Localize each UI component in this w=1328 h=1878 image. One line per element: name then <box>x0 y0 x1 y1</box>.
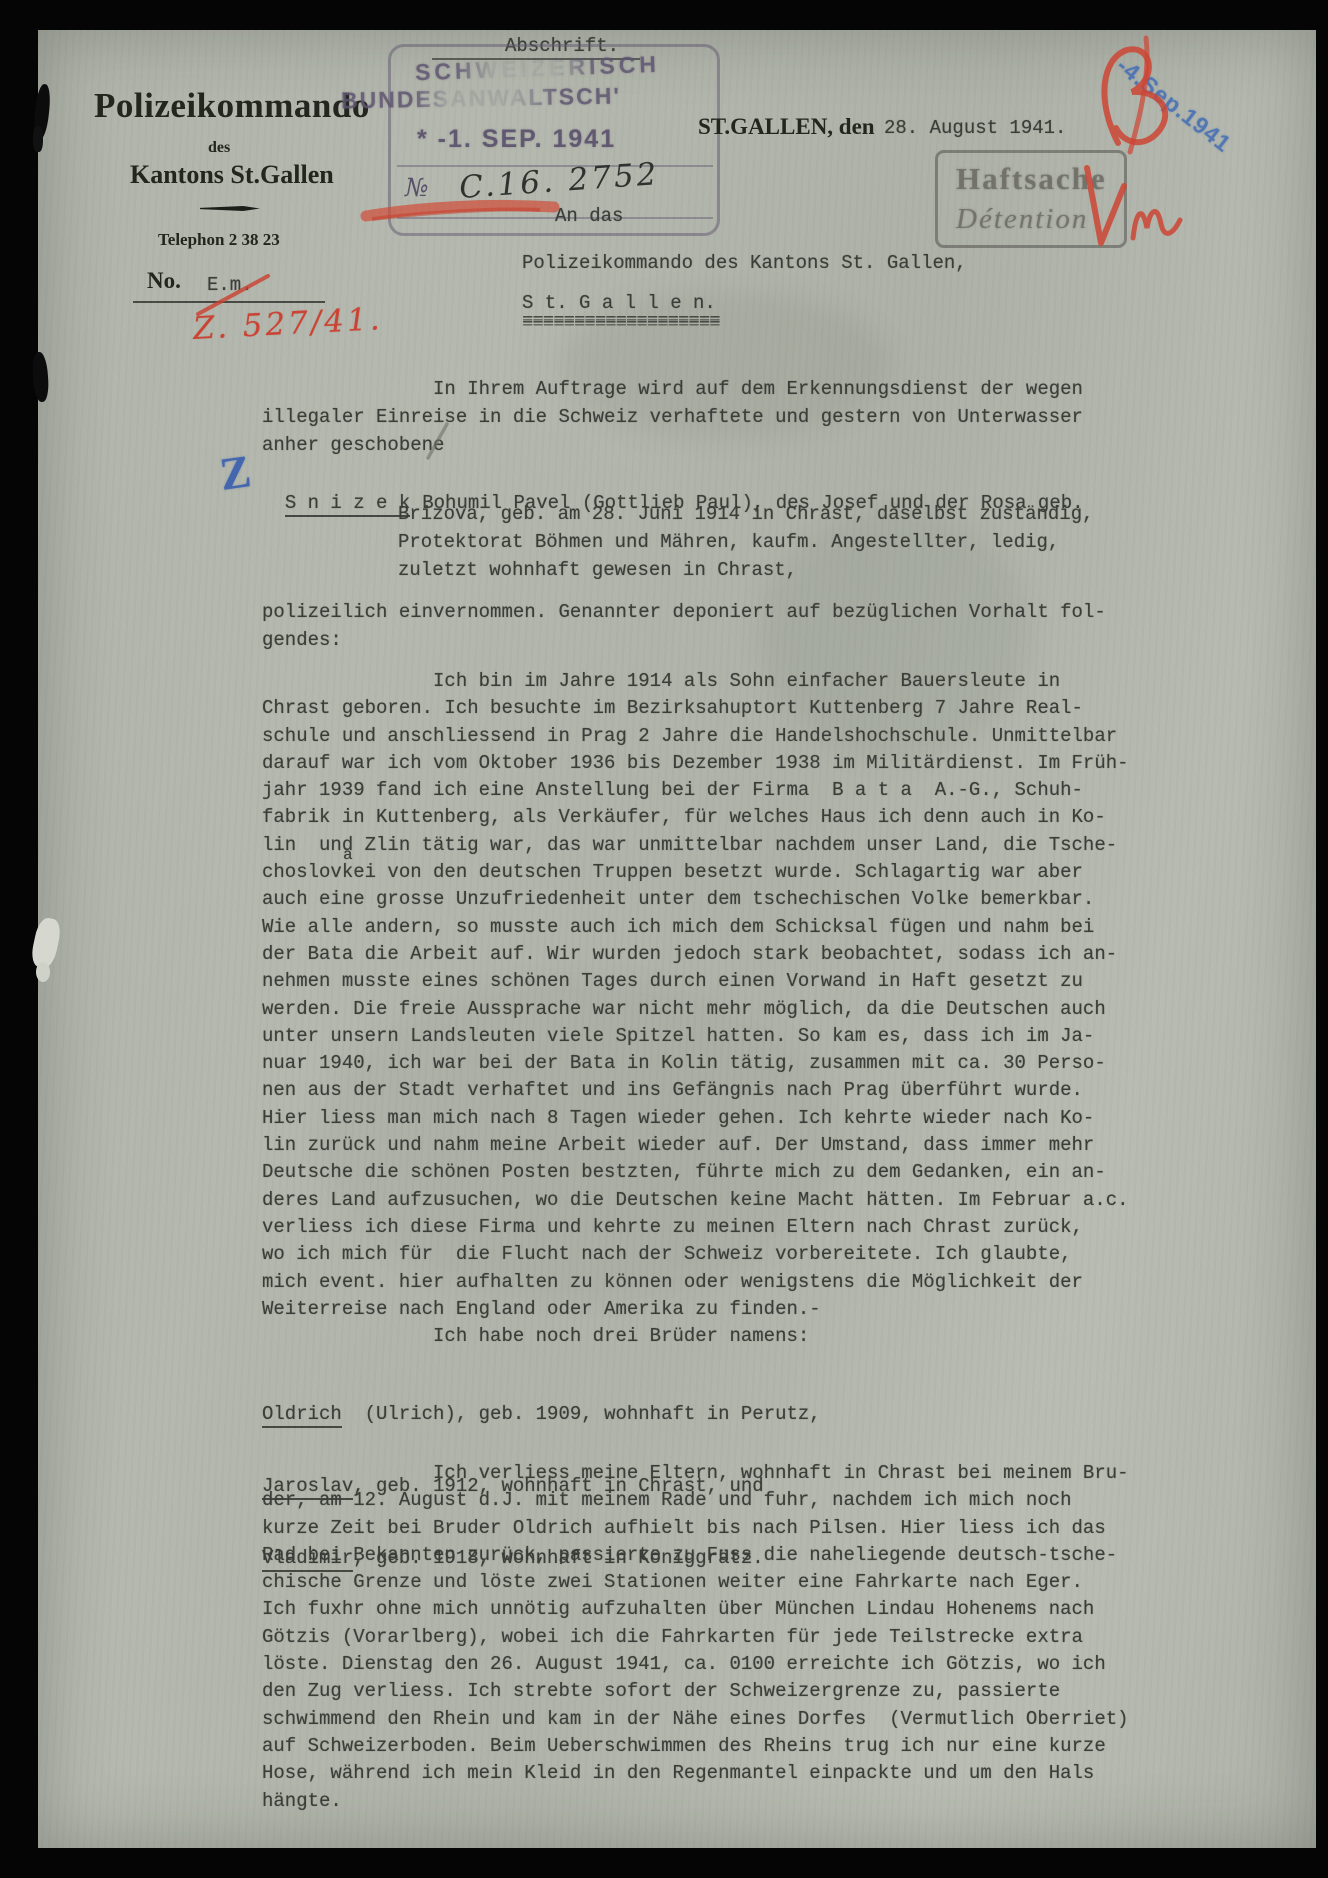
scanned-document-page: { "letterhead": { "title": "Polizeikomma… <box>0 0 1328 1878</box>
typewritten-line: darauf war ich vom Oktober 1936 bis Deze… <box>262 750 1129 777</box>
typewritten-line: anher geschobene <box>262 431 1083 459</box>
typewritten-line: lin zurück und nahm meine Arbeit wieder … <box>262 1132 1129 1159</box>
typewritten-line: In Ihrem Auftrage wird auf dem Erkennung… <box>262 375 1083 403</box>
typewritten-line: nen aus der Stadt verhaftet und ins Gefä… <box>262 1077 1129 1104</box>
letterhead-canton: Kantons St.Gallen <box>130 160 334 190</box>
typewritten-line: Weiterreise nach England oder Amerika zu… <box>262 1296 1129 1323</box>
preamble-paragraph: polizeilich einvernommen. Genannter depo… <box>262 598 1106 654</box>
brother-details: (Ulrich), geb. 1909, wohnhaft in Perutz, <box>342 1403 821 1425</box>
file-number-label: No. <box>147 268 181 294</box>
typewritten-line: wo ich mich für die Flucht nach der Schw… <box>262 1241 1129 1268</box>
typewritten-line: deres Land aufzusuchen, wo die Deutschen… <box>262 1187 1129 1214</box>
receipt-stamp-number-label: № <box>405 173 429 202</box>
telephone-line: Telephon 2 38 23 <box>158 230 280 250</box>
typewritten-line: Chrast geboren. Ich besuchte im Bezirksa… <box>262 695 1129 722</box>
brother-row: Oldrich (Ulrich), geb. 1909, wohnhaft in… <box>262 1400 821 1428</box>
letterhead-des: des <box>208 139 230 157</box>
typewritten-line: Ich fuxhr ohne mich unnötig aufzuhalten … <box>262 1596 1129 1623</box>
receipt-stamp-number-value: C.16. 2752 <box>458 156 661 206</box>
typewritten-line: nuar 1940, ich war bei der Bata in Kolin… <box>262 1050 1129 1077</box>
dateline-date: 28. August 1941. <box>884 117 1066 139</box>
intro-paragraph: In Ihrem Auftrage wird auf dem Erkennung… <box>262 375 1083 460</box>
typewritten-line: Deutsche die schönen Posten bestzten, fü… <box>262 1159 1129 1186</box>
typewritten-line: Ich verliess meine Eltern, wohnhaft in C… <box>262 1460 1129 1487</box>
typewritten-line: nehmen musste eines schönen Tages durch … <box>262 968 1129 995</box>
typewritten-line: chische Grenze und löste zwei Stationen … <box>262 1569 1129 1596</box>
typewritten-line: jahr 1939 fand ich eine Anstellung bei d… <box>262 777 1129 804</box>
typewritten-line: choslovkei von den deutschen Truppen bes… <box>262 859 1129 886</box>
detention-stamp-de: Haftsache <box>956 161 1107 197</box>
typewritten-line: hängte. <box>262 1788 1129 1815</box>
typewritten-line: kurze Zeit bei Bruder Oldrich aufhielt b… <box>262 1515 1129 1542</box>
address-salutation: An das <box>555 205 623 227</box>
typewritten-line: zuletzt wohnhaft gewesen in Chrast, <box>398 556 1094 584</box>
typewritten-line: unter unsern Landsleuten viele Spitzel h… <box>262 1023 1129 1050</box>
address-underline-rule: =================== <box>522 310 720 332</box>
subject-name: S n i z e k <box>285 492 410 517</box>
brother-name: Oldrich <box>262 1403 342 1428</box>
typewritten-line: verliess ich diese Firma und kehrte zu m… <box>262 1214 1129 1241</box>
typewritten-line: Rad bei Bekannten zurück, passierte zu F… <box>262 1542 1129 1569</box>
receipt-stamp-date: * -1. SEP. 1941 <box>417 125 616 154</box>
statement-paragraph-2: Ich verliess meine Eltern, wohnhaft in C… <box>262 1460 1129 1815</box>
typewritten-line: gendes: <box>262 626 1106 654</box>
subject-details: Brizova, geb. am 28. Juni 1914 in Chrast… <box>398 500 1094 585</box>
receipt-stamp-org-line2: BUNDESANWALTSCH' <box>341 83 621 115</box>
typewritten-line: fabrik in Kuttenberg, als Verkäufer, für… <box>262 804 1129 831</box>
typewritten-line: der, am 12. August d.J. mit meinem Rade … <box>262 1487 1129 1514</box>
dateline-place: ST.GALLEN, den <box>698 114 875 140</box>
typewritten-line: Protektorat Böhmen und Mähren, kaufm. An… <box>398 528 1094 556</box>
typewritten-line: auch eine grosse Unzufriedenheit unter d… <box>262 886 1129 913</box>
typewritten-line: schule und anschliessend in Prag 2 Jahre… <box>262 723 1129 750</box>
typewritten-line: löste. Dienstag den 26. August 1941, ca.… <box>262 1651 1129 1678</box>
inserted-letter-a: a <box>343 846 353 864</box>
receipt-stamp-org-line1: SCHWEIZERISCH <box>415 51 661 87</box>
detention-stamp-fr: Détention <box>956 203 1088 236</box>
typewritten-line: auf Schweizerboden. Beim Ueberschwimmen … <box>262 1733 1129 1760</box>
typewritten-line: lin und Zlin tätig war, das war unmittel… <box>262 832 1129 859</box>
letterhead-title: Polizeikommando <box>94 86 370 126</box>
typewritten-line: Götzis (Vorarlberg), wobei ich die Fahrk… <box>262 1624 1129 1651</box>
typewritten-line: Ich bin im Jahre 1914 als Sohn einfacher… <box>262 668 1129 695</box>
address-line1: Polizeikommando des Kantons St. Gallen, <box>522 252 967 274</box>
typewritten-line: schwimmend den Rhein und kam in der Nähe… <box>262 1706 1129 1733</box>
typewritten-line: Ich habe noch drei Brüder namens: <box>262 1323 1129 1350</box>
typewritten-line: polizeilich einvernommen. Genannter depo… <box>262 598 1106 626</box>
detention-stamp-box: Haftsache Détention <box>935 150 1127 248</box>
typewritten-line: Hose, während ich mein Kleid in den Rege… <box>262 1760 1129 1787</box>
file-number-value: E.m. <box>207 274 253 296</box>
typewritten-line: illegaler Einreise in die Schweiz verhaf… <box>262 403 1083 431</box>
typewritten-line: Wie alle andern, so musste auch ich mich… <box>262 914 1129 941</box>
typewritten-line: mich event. hier aufhalten zu können ode… <box>262 1269 1129 1296</box>
typewritten-line: Brizova, geb. am 28. Juni 1914 in Chrast… <box>398 500 1094 528</box>
receipt-stamp-box: SCHWEIZERISCH BUNDESANWALTSCH' * -1. SEP… <box>388 44 720 236</box>
typewritten-line: der Bata die Arbeit auf. Wir wurden jedo… <box>262 941 1129 968</box>
statement-paragraph-1: Ich bin im Jahre 1914 als Sohn einfacher… <box>262 668 1129 1350</box>
typewritten-line: Hier liess man mich nach 8 Tagen wieder … <box>262 1105 1129 1132</box>
file-number-underline <box>133 301 325 303</box>
typewritten-line: den Zug verliess. Ich strebte sofort der… <box>262 1678 1129 1705</box>
typewritten-line: werden. Die freie Aussprache war nicht m… <box>262 996 1129 1023</box>
